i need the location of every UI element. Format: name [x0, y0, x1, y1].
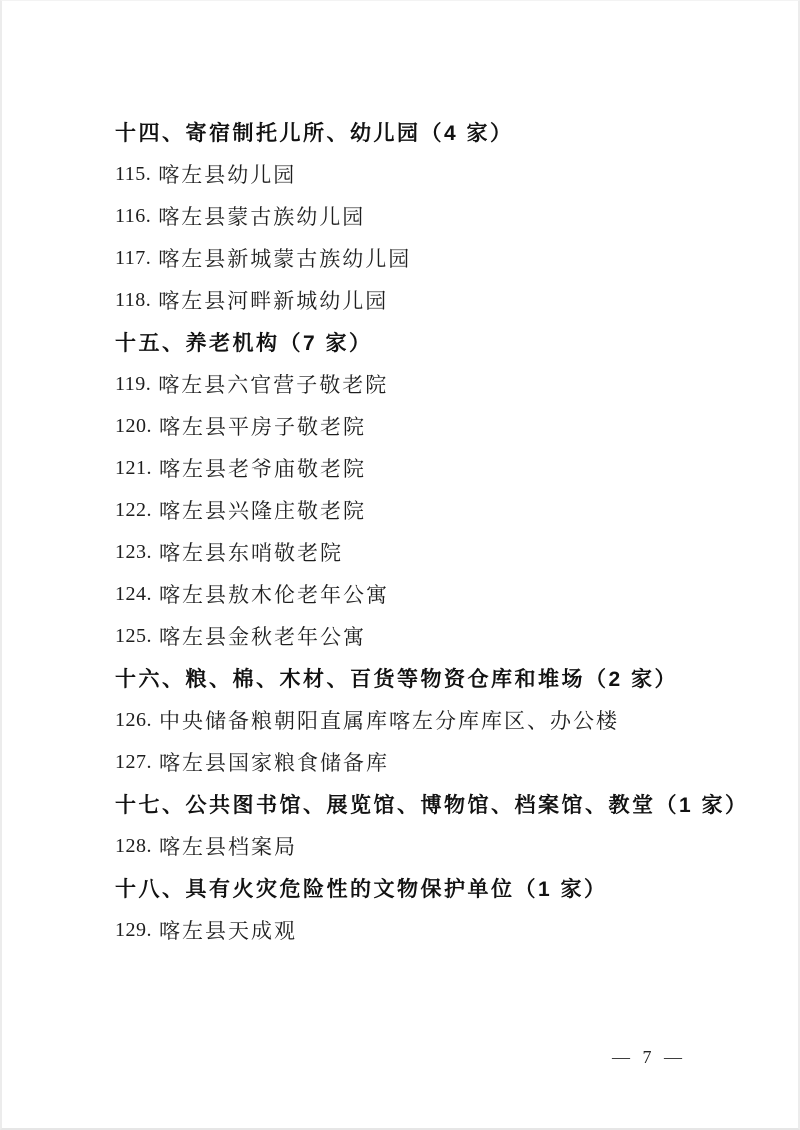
item-text: 喀左县幼儿园: [158, 159, 296, 189]
item-number: 117.: [115, 247, 151, 270]
list-item-128: 128.喀左县档案局: [115, 825, 743, 867]
item-text: 喀左县蒙古族幼儿园: [158, 201, 365, 231]
item-text: 喀左县河畔新城幼儿园: [158, 285, 388, 315]
item-text: 喀左县六官营子敬老院: [158, 369, 388, 399]
item-number: 115.: [115, 163, 151, 186]
item-text: 中央储备粮朝阳直属库喀左分库库区、办公楼: [159, 705, 619, 735]
list-item-125: 125.喀左县金秋老年公寓: [115, 615, 743, 657]
document-page: 十四、寄宿制托儿所、幼儿园（4 家） 115.喀左县幼儿园 116.喀左县蒙古族…: [0, 0, 800, 1130]
section-heading-18: 十八、具有火灾危险性的文物保护单位（1 家）: [115, 867, 743, 909]
section-heading-17: 十七、公共图书馆、展览馆、博物馆、档案馆、教堂（1 家）: [115, 783, 743, 825]
item-number: 126.: [115, 709, 152, 732]
list-item-126: 126.中央储备粮朝阳直属库喀左分库库区、办公楼: [115, 699, 743, 741]
item-number: 122.: [115, 499, 152, 522]
list-item-121: 121.喀左县老爷庙敬老院: [115, 447, 743, 489]
list-item-117: 117.喀左县新城蒙古族幼儿园: [115, 237, 743, 279]
item-text: 喀左县敖木伦老年公寓: [159, 579, 389, 609]
item-text: 喀左县金秋老年公寓: [159, 621, 366, 651]
item-number: 127.: [115, 751, 152, 774]
list-item-122: 122.喀左县兴隆庄敬老院: [115, 489, 743, 531]
section-heading-16: 十六、粮、棉、木材、百货等物资仓库和堆场（2 家）: [115, 657, 743, 699]
item-number: 129.: [115, 919, 152, 942]
item-text: 喀左县老爷庙敬老院: [159, 453, 366, 483]
list-item-127: 127.喀左县国家粮食储备库: [115, 741, 743, 783]
item-text: 喀左县天成观: [159, 915, 297, 945]
list-item-116: 116.喀左县蒙古族幼儿园: [115, 195, 743, 237]
document-body: 十四、寄宿制托儿所、幼儿园（4 家） 115.喀左县幼儿园 116.喀左县蒙古族…: [115, 111, 743, 951]
item-number: 121.: [115, 457, 152, 480]
list-item-123: 123.喀左县东哨敬老院: [115, 531, 743, 573]
item-text: 喀左县新城蒙古族幼儿园: [158, 243, 411, 273]
section-heading-14: 十四、寄宿制托儿所、幼儿园（4 家）: [115, 111, 743, 153]
list-item-120: 120.喀左县平房子敬老院: [115, 405, 743, 447]
list-item-118: 118.喀左县河畔新城幼儿园: [115, 279, 743, 321]
section-heading-15: 十五、养老机构（7 家）: [115, 321, 743, 363]
item-number: 118.: [115, 289, 151, 312]
item-text: 喀左县档案局: [159, 831, 297, 861]
item-text: 喀左县国家粮食储备库: [159, 747, 389, 777]
item-number: 116.: [115, 205, 151, 228]
item-number: 120.: [115, 415, 152, 438]
item-text: 喀左县平房子敬老院: [159, 411, 366, 441]
item-number: 119.: [115, 373, 151, 396]
item-number: 124.: [115, 583, 152, 606]
list-item-124: 124.喀左县敖木伦老年公寓: [115, 573, 743, 615]
item-number: 123.: [115, 541, 152, 564]
page-number: — 7 —: [612, 1047, 686, 1068]
item-number: 125.: [115, 625, 152, 648]
list-item-129: 129.喀左县天成观: [115, 909, 743, 951]
list-item-119: 119.喀左县六官营子敬老院: [115, 363, 743, 405]
list-item-115: 115.喀左县幼儿园: [115, 153, 743, 195]
item-number: 128.: [115, 835, 152, 858]
item-text: 喀左县东哨敬老院: [159, 537, 343, 567]
item-text: 喀左县兴隆庄敬老院: [159, 495, 366, 525]
